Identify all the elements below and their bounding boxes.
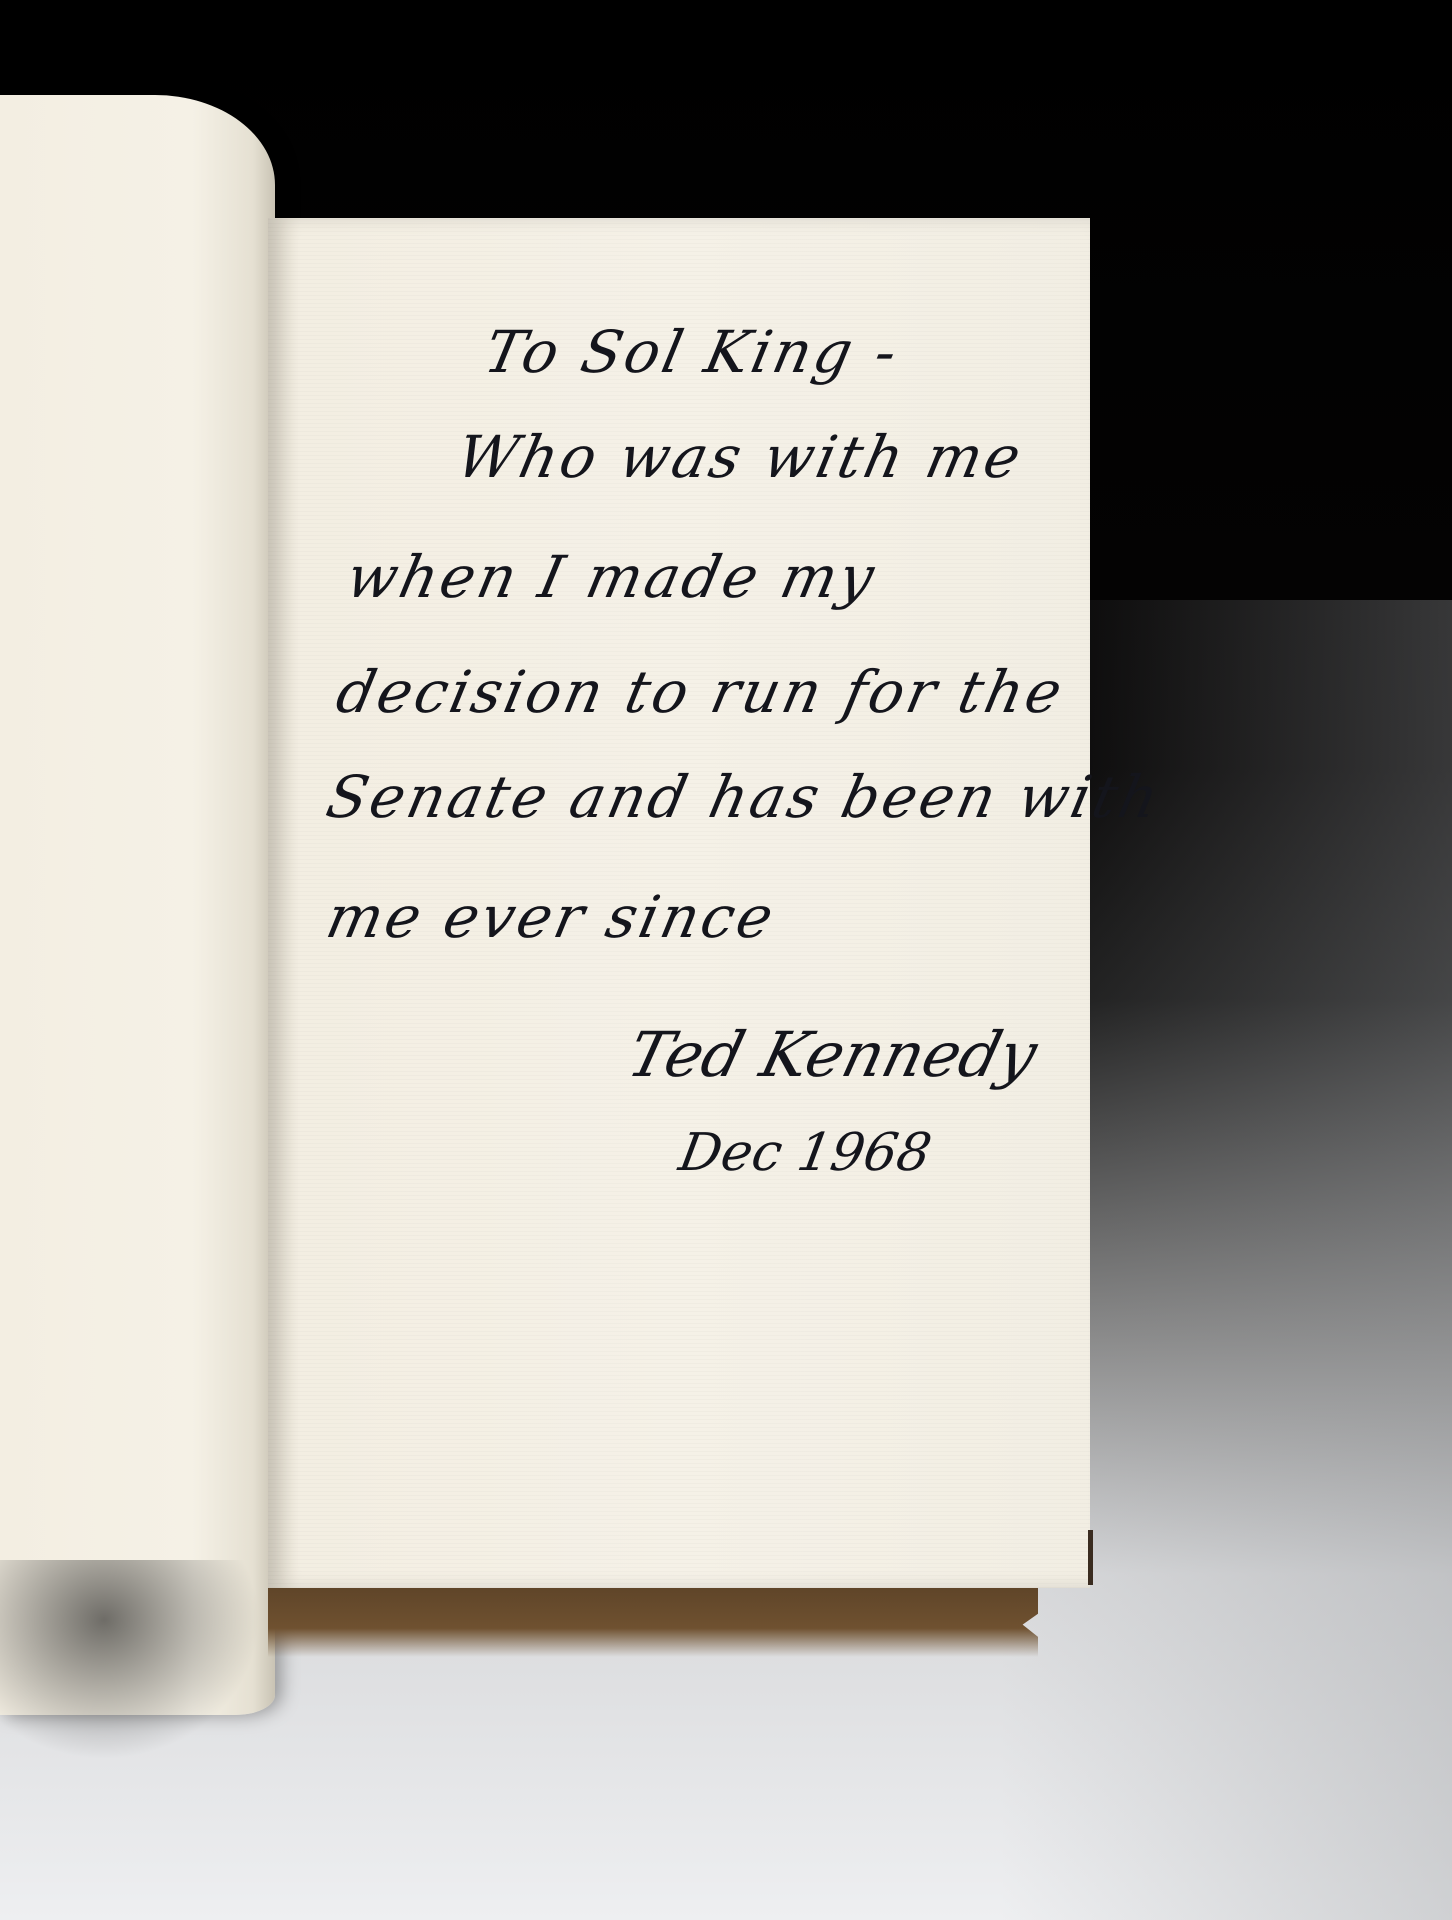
inscription-line: To Sol King -	[479, 318, 906, 386]
left-page-shadow	[0, 1560, 260, 1760]
inscription-line: Who was with me	[451, 423, 1030, 491]
inscription-line: Senate and has been with	[321, 763, 1168, 831]
book-cover-shadow	[268, 1585, 1038, 1657]
inscription-line: when I made my	[341, 543, 883, 611]
handwritten-inscription: To Sol King - Who was with me when I mad…	[268, 218, 1090, 1588]
inscription-line: decision to run for the	[331, 658, 1071, 726]
inscription-date: Dec 1968	[675, 1123, 936, 1183]
left-page	[0, 95, 275, 1715]
signature: Ted Kennedy	[621, 1018, 1044, 1091]
inscription-line: me ever since	[321, 883, 782, 951]
